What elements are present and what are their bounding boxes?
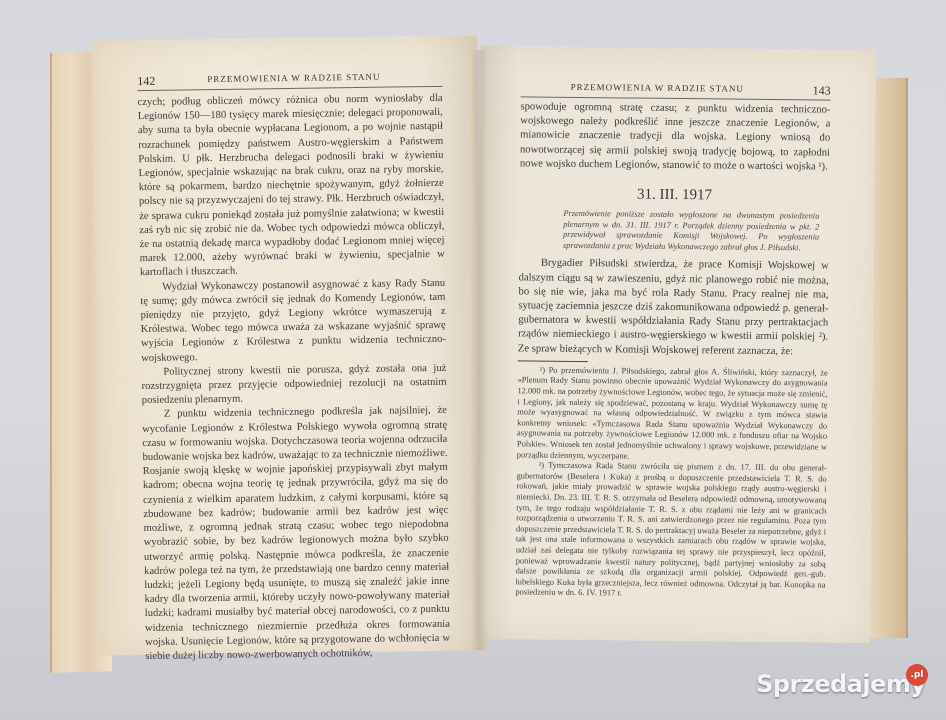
left-page: 142 PRZEMOWIENIA W RADZIE STANU czych; p… (92, 35, 486, 655)
left-page-body: czych; podług obliczeń mówcy różnica obu… (138, 92, 451, 664)
right-page-body: spowoduje ogromną stratę czasu; z punktu… (515, 100, 830, 601)
speech-paragraph: Brygadier Piłsudski stwierdza, że prace … (518, 257, 829, 360)
left-paragraph: Politycznej strony kwestii nie porusza, … (141, 362, 447, 409)
left-paragraph: czych; podług obliczeń mówcy różnica obu… (138, 92, 446, 281)
right-running-title: PRZEMOWIENIA W RADZIE STANU (571, 82, 744, 94)
footnotes: ¹) Po przemówieniu J. Piłsudskiego, zabr… (515, 365, 827, 601)
left-paragraph: Wydział Wykonawczy postanowił asygnować … (140, 276, 446, 365)
watermark-logo: Sprzedajemy (756, 670, 926, 698)
footnote-divider (518, 360, 588, 362)
open-book: 142 PRZEMOWIENIA W RADZIE STANU czych; p… (0, 0, 946, 720)
left-paragraph: Z punktu widzenia technicznego podkreśla… (142, 404, 451, 664)
right-page: PRZEMOWIENIA W RADZIE STANU 143 spowoduj… (475, 46, 876, 643)
left-page-number: 142 (137, 74, 155, 89)
watermark-badge: .pl (906, 664, 928, 686)
book-page-edges-right (870, 78, 908, 638)
continuation-paragraph: spowoduje ogromną stratę czasu; z punktu… (520, 100, 831, 174)
intro-note: Przemówienie poniższe zostało wygłoszone… (563, 209, 819, 254)
right-running-head: PRZEMOWIENIA W RADZIE STANU 143 (521, 80, 831, 100)
right-page-number: 143 (813, 83, 831, 98)
left-running-head: 142 PRZEMOWIENIA W RADZIE STANU (137, 70, 442, 91)
left-running-title: PRZEMOWIENIA W RADZIE STANU (207, 72, 380, 84)
date-heading: 31. III. 1917 (519, 185, 829, 205)
book-gutter-shadow (470, 50, 488, 650)
footnote-2: ²) Tymczasowa Rada Stanu zwróciła się pi… (515, 461, 826, 602)
footnote-1: ¹) Po przemówieniu J. Piłsudskiego, zabr… (517, 365, 828, 464)
